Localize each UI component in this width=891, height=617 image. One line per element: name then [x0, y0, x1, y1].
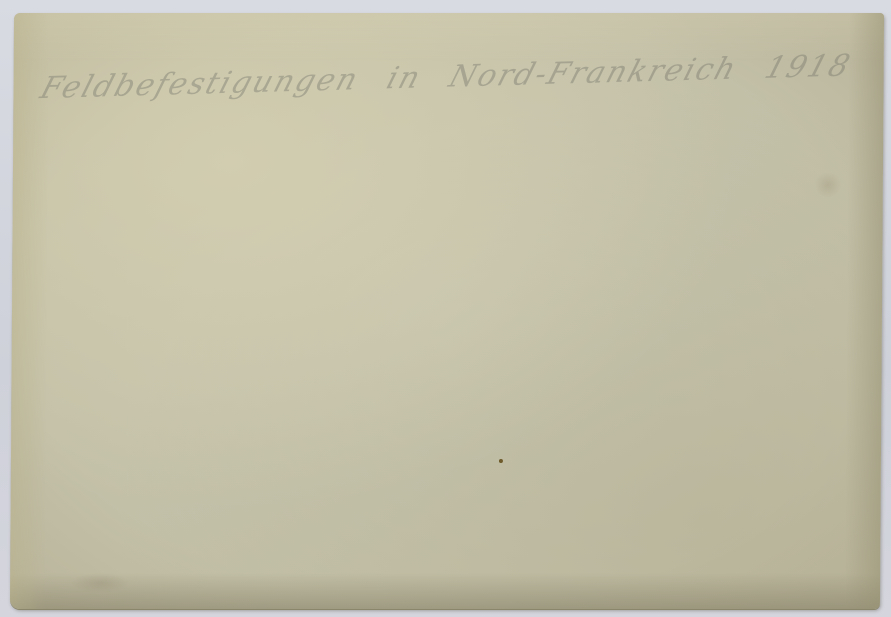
photo-card-back: Feldbefestigungen in Nord-Frankreich 191…: [10, 13, 884, 609]
pencil-inscription: Feldbefestigungen in Nord-Frankreich 191…: [36, 48, 876, 106]
dirt-spot: [499, 459, 503, 463]
faint-stain: [70, 573, 130, 593]
faint-stain: [813, 173, 843, 197]
